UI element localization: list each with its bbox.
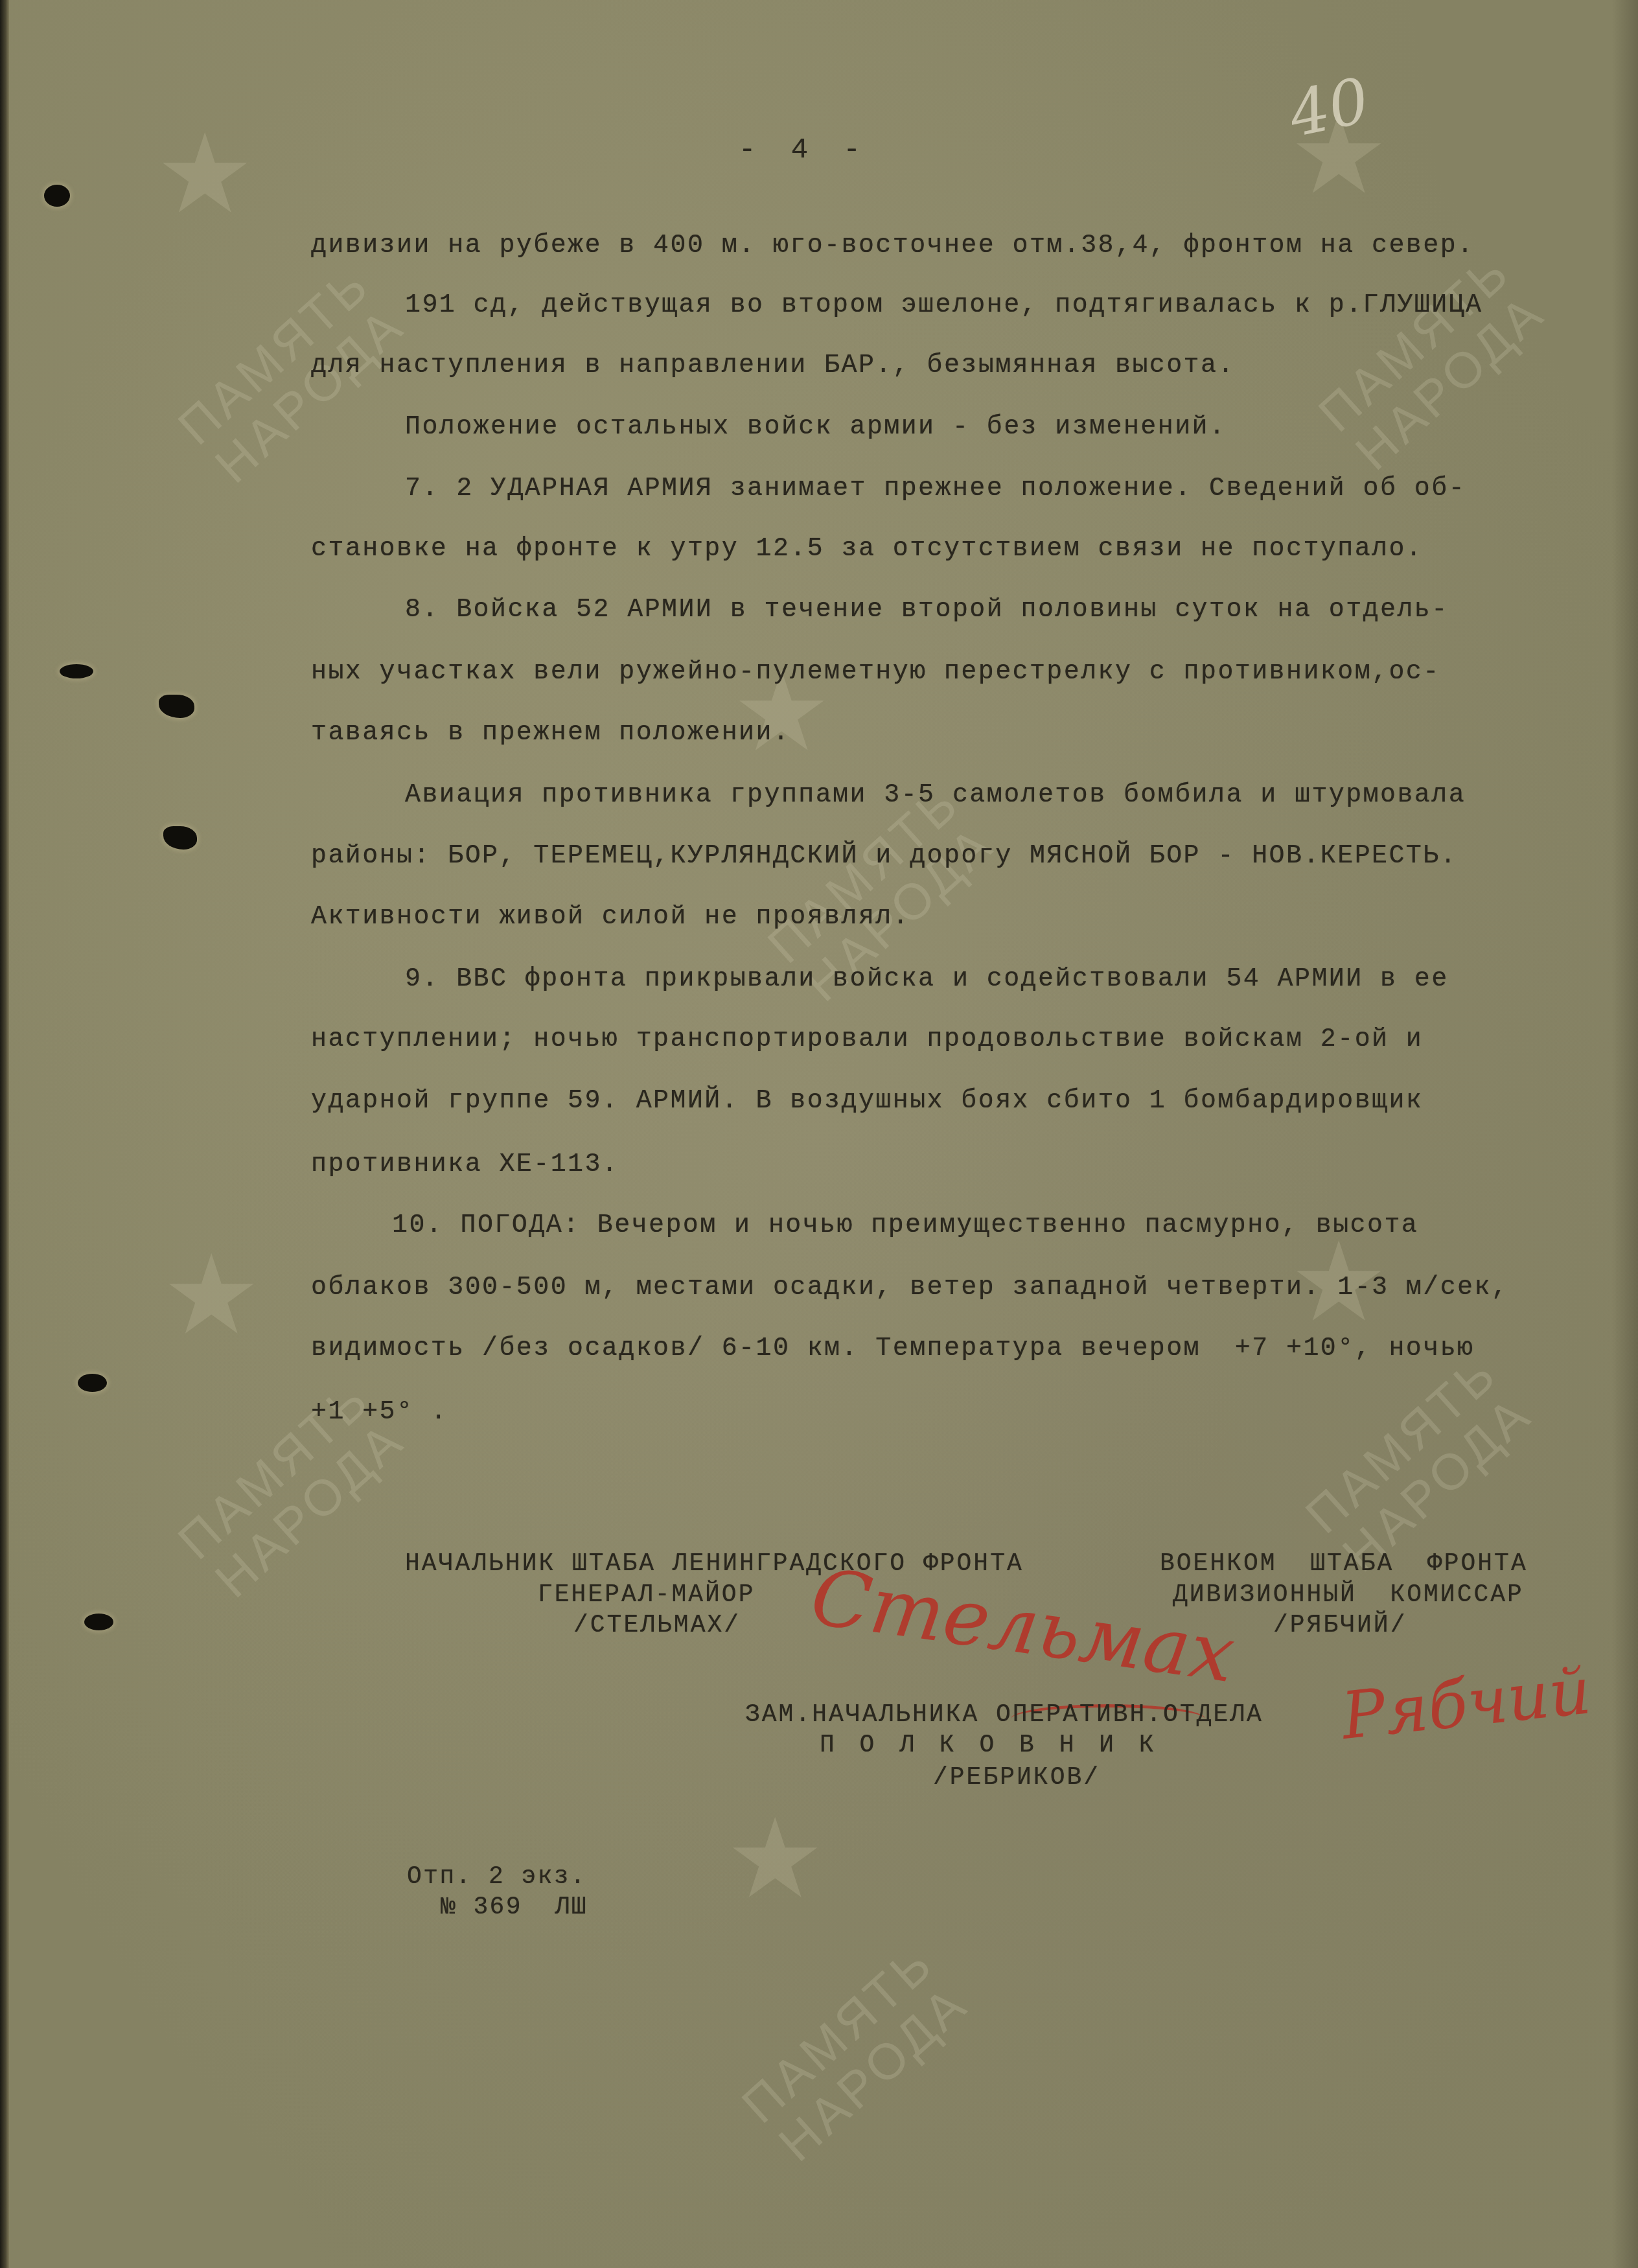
page-left-edge	[0, 0, 9, 2268]
body-line: таваясь в прежнем положении.	[311, 721, 790, 746]
watermark-text: ПАМЯТЬ НАРОДА	[732, 1935, 978, 2172]
body-line: 8. Войска 52 АРМИИ в течение второй поло…	[405, 597, 1449, 623]
binding-hole	[163, 826, 197, 850]
body-line: противника ХЕ-113.	[311, 1152, 619, 1178]
page-number: - 4 -	[739, 136, 870, 165]
body-line: для наступления в направлении БАР., безы…	[311, 353, 1235, 379]
document-number: № 369 ЛШ	[441, 1895, 588, 1920]
binding-hole	[78, 1374, 107, 1392]
deputy-rank: П О Л К О В Н И К	[820, 1733, 1159, 1758]
watermark-star-icon: ★	[162, 1231, 260, 1360]
binding-hole	[84, 1614, 113, 1630]
commissar-name: /РЯБЧИЙ/	[1273, 1614, 1407, 1638]
watermark-star-icon: ★	[156, 110, 254, 238]
deputy-title: ЗАМ.НАЧАЛЬНИКА ОПЕРАТИВН.ОТДЕЛА	[745, 1703, 1263, 1728]
body-line: ударной группе 59. АРМИЙ. В воздушных бо…	[311, 1089, 1423, 1115]
body-line: Положение остальных войск армии - без из…	[405, 415, 1226, 441]
watermark-text: ПАМЯТЬ НАРОДА	[1296, 1345, 1542, 1582]
deputy-name: /РЕБРИКОВ/	[933, 1766, 1100, 1790]
body-line: +1 +5° .	[311, 1400, 448, 1426]
body-line: Активности живой силой не проявлял.	[311, 905, 910, 931]
binding-hole	[159, 695, 194, 718]
body-line: Авиация противника группами 3-5 самолето…	[405, 783, 1466, 809]
commissar-rank: ДИВИЗИОННЫЙ КОМИССАР	[1173, 1583, 1524, 1608]
body-line: дивизии на рубеже в 400 м. юго-восточнее…	[311, 233, 1474, 259]
body-line: 9. ВВС фронта прикрывали войска и содейс…	[405, 967, 1449, 993]
body-line: облаков 300-500 м, местами осадки, ветер…	[311, 1275, 1508, 1301]
handwritten-folio-number: 40	[1283, 64, 1376, 152]
body-line: ных участках вели ружейно-пулеметную пер…	[311, 660, 1440, 686]
watermark-star-icon: ★	[726, 1795, 824, 1923]
binding-hole	[60, 664, 93, 678]
copies-note: Отп. 2 экз.	[407, 1865, 586, 1890]
chief-of-staff-name: /СТЕЛЬМАХ/	[573, 1614, 741, 1638]
body-line: наступлении; ночью транспортировали прод…	[311, 1027, 1423, 1053]
chief-of-staff-rank: ГЕНЕРАЛ-МАЙОР	[538, 1583, 755, 1608]
body-line: 191 сд, действущая во втором эшелоне, по…	[405, 293, 1482, 319]
binding-hole	[44, 185, 70, 207]
commissar-title: ВОЕНКОМ ШТАБА ФРОНТА	[1160, 1552, 1528, 1577]
watermark-text: ПАМЯТЬ НАРОДА	[1309, 244, 1555, 481]
page-right-edge	[1612, 0, 1638, 2268]
body-line: видимость /без осадков/ 6-10 км. Темпера…	[311, 1336, 1474, 1362]
document-page: ★ ПАМЯТЬ НАРОДА ★ ПАМЯТЬ НАРОДА ★ ПАМЯТЬ…	[0, 0, 1638, 2268]
body-line: районы: БОР, ТЕРЕМЕЦ,КУРЛЯНДСКИЙ и дорог…	[311, 844, 1457, 870]
body-line: становке на фронте к утру 12.5 за отсутс…	[311, 537, 1423, 562]
body-line: 7. 2 УДАРНАЯ АРМИЯ занимает прежнее поло…	[405, 476, 1466, 502]
commissar-signature: Рябчий	[1338, 1652, 1595, 1754]
body-line: 10. ПОГОДА: Вечером и ночью преимуществе…	[392, 1213, 1418, 1239]
